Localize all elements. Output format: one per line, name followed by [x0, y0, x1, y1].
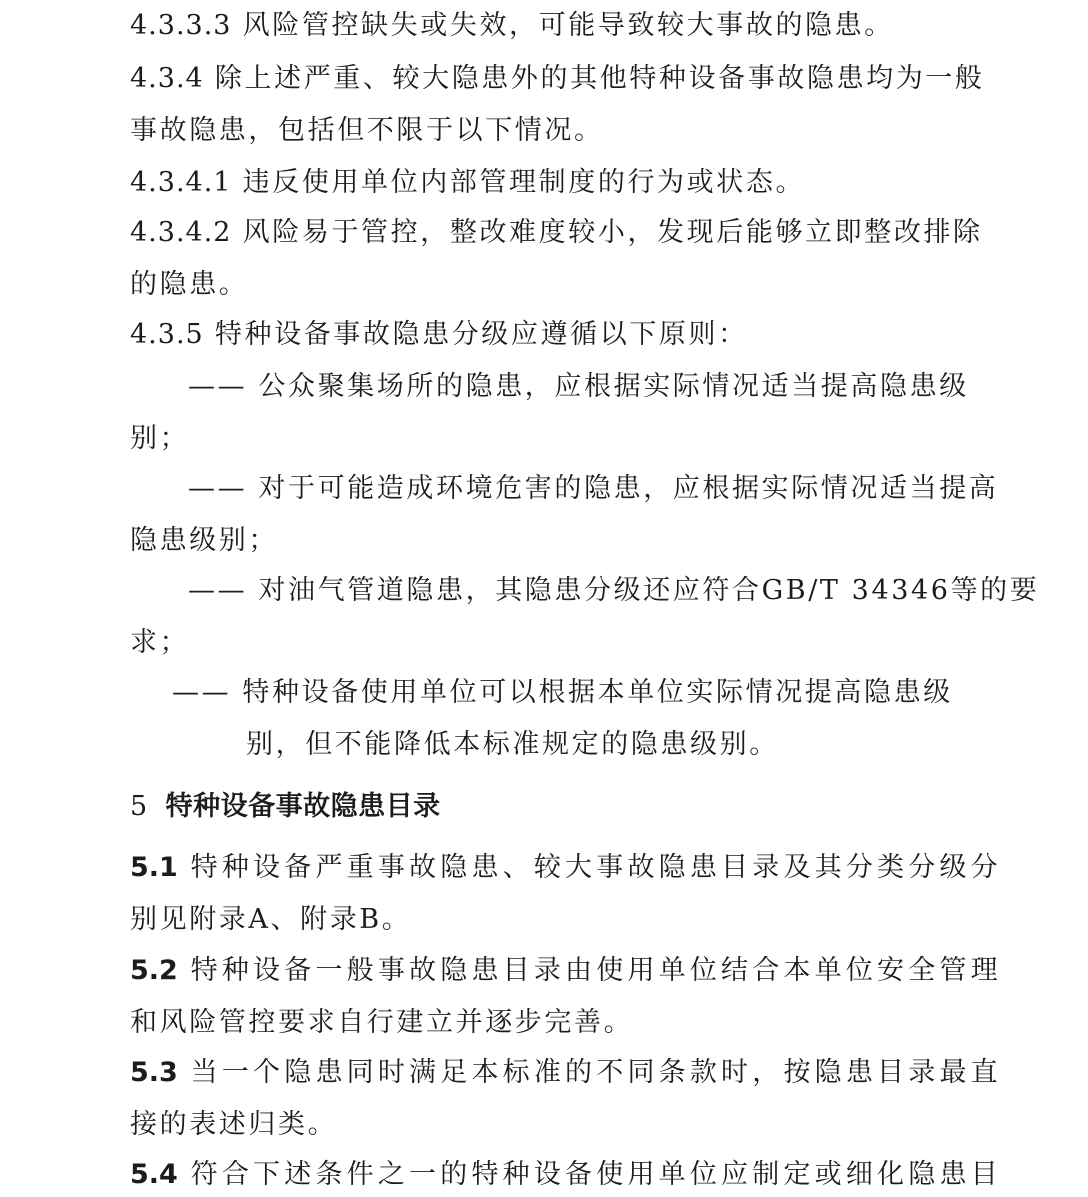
clause-number: 4.3.3.3 — [130, 10, 231, 41]
clause-text: 当一个隐患同时满足本标准的不同条款时，按隐患目录最直 — [191, 1057, 1002, 1088]
clause-4-3-4: 4.3.4 除上述严重、较大隐患外的其他特种设备事故隐患均为一般 — [130, 62, 985, 96]
dash-item-text: 别； — [130, 423, 189, 454]
clause-text: 符合下述条件之一的特种设备使用单位应制定或细化隐患目 — [191, 1159, 1002, 1190]
dash-item-2: —— 对于可能造成环境危害的隐患，应根据实际情况适当提高 — [188, 472, 998, 506]
dash-item-text: 对油气管道隐患，其隐患分级还应符合GB/T 34346等的要 — [258, 575, 1039, 606]
clause-number: 5.2 — [130, 955, 178, 986]
clause-4-3-4-1: 4.3.4.1 违反使用单位内部管理制度的行为或状态。 — [130, 166, 805, 200]
dash-item-text: 公众聚集场所的隐患，应根据实际情况适当提高隐患级 — [258, 371, 968, 402]
section-heading-5: 5 特种设备事故隐患目录 — [130, 790, 441, 824]
dash-item-text: 特种设备使用单位可以根据本单位实际情况提高隐患级 — [242, 677, 952, 708]
dash-item-text: 别，但不能降低本标准规定的隐患级别。 — [246, 729, 779, 760]
clause-number: 5.4 — [130, 1159, 178, 1190]
dash-item-3-cont: 求； — [130, 626, 189, 660]
clause-text: 事故隐患，包括但不限于以下情况。 — [130, 115, 604, 146]
dash-item-1-cont: 别； — [130, 422, 189, 456]
clause-text: 除上述严重、较大隐患外的其他特种设备事故隐患均为一般 — [215, 63, 985, 94]
clause-number: 5.1 — [130, 852, 178, 883]
dash-item-text: 隐患级别； — [130, 525, 278, 556]
dash-item-3: —— 对油气管道隐患，其隐患分级还应符合GB/T 34346等的要 — [188, 574, 1039, 608]
clause-text: 违反使用单位内部管理制度的行为或状态。 — [243, 167, 805, 198]
clause-number: 5.3 — [130, 1057, 178, 1088]
clause-text: 的隐患。 — [130, 269, 248, 300]
dash-item-text: 求； — [130, 627, 189, 658]
clause-4-3-4-2: 4.3.4.2 风险易于管控，整改难度较小，发现后能够立即整改排除 — [130, 216, 983, 250]
dash-item-2-cont: 隐患级别； — [130, 524, 278, 558]
clause-4-3-3-3: 4.3.3.3 风险管控缺失或失效，可能导致较大事故的隐患。 — [130, 9, 894, 43]
document-page: 4.3.3.3 风险管控缺失或失效，可能导致较大事故的隐患。 4.3.4 除上述… — [0, 0, 1088, 1197]
dash-bullet: —— — [188, 473, 247, 504]
clause-text: 特种设备一般事故隐患目录由使用单位结合本单位安全管理 — [191, 955, 1002, 986]
clause-5-2-cont: 和风险管控要求自行建立并逐步完善。 — [130, 1006, 633, 1040]
dash-item-text: 对于可能造成环境危害的隐患，应根据实际情况适当提高 — [258, 473, 998, 504]
dash-bullet: —— — [172, 677, 231, 708]
dash-bullet: —— — [188, 371, 247, 402]
clause-number: 4.3.5 — [130, 319, 204, 350]
clause-5-3-cont: 接的表述归类。 — [130, 1108, 337, 1142]
section-number: 5 — [130, 791, 148, 822]
dash-item-4-cont: 别，但不能降低本标准规定的隐患级别。 — [246, 728, 779, 762]
clause-4-3-4-cont: 事故隐患，包括但不限于以下情况。 — [130, 114, 604, 148]
clause-text: 风险易于管控，整改难度较小，发现后能够立即整改排除 — [243, 217, 983, 248]
clause-text: 风险管控缺失或失效，可能导致较大事故的隐患。 — [243, 10, 894, 41]
clause-number: 4.3.4 — [130, 63, 204, 94]
clause-4-3-5: 4.3.5 特种设备事故隐患分级应遵循以下原则： — [130, 318, 748, 352]
dash-item-4: —— 特种设备使用单位可以根据本单位实际情况提高隐患级 — [172, 676, 953, 710]
clause-5-1-cont: 别见附录A、附录B。 — [130, 903, 411, 937]
clause-5-3: 5.3 当一个隐患同时满足本标准的不同条款时，按隐患目录最直 — [130, 1056, 1002, 1090]
clause-5-4: 5.4 符合下述条件之一的特种设备使用单位应制定或细化隐患目 — [130, 1158, 1002, 1192]
clause-5-2: 5.2 特种设备一般事故隐患目录由使用单位结合本单位安全管理 — [130, 954, 1002, 988]
clause-4-3-4-2-cont: 的隐患。 — [130, 268, 248, 302]
clause-text: 别见附录A、附录B。 — [130, 904, 411, 935]
dash-bullet: —— — [188, 575, 247, 606]
clause-text: 特种设备严重事故隐患、较大事故隐患目录及其分类分级分 — [191, 852, 1002, 883]
clause-text: 和风险管控要求自行建立并逐步完善。 — [130, 1007, 633, 1038]
clause-text: 特种设备事故隐患分级应遵循以下原则： — [215, 319, 748, 350]
clause-5-1: 5.1 特种设备严重事故隐患、较大事故隐患目录及其分类分级分 — [130, 851, 1002, 885]
clause-number: 4.3.4.1 — [130, 167, 231, 198]
dash-item-1: —— 公众聚集场所的隐患，应根据实际情况适当提高隐患级 — [188, 370, 969, 404]
clause-number: 4.3.4.2 — [130, 217, 231, 248]
section-title: 特种设备事故隐患目录 — [166, 791, 441, 822]
clause-text: 接的表述归类。 — [130, 1109, 337, 1140]
